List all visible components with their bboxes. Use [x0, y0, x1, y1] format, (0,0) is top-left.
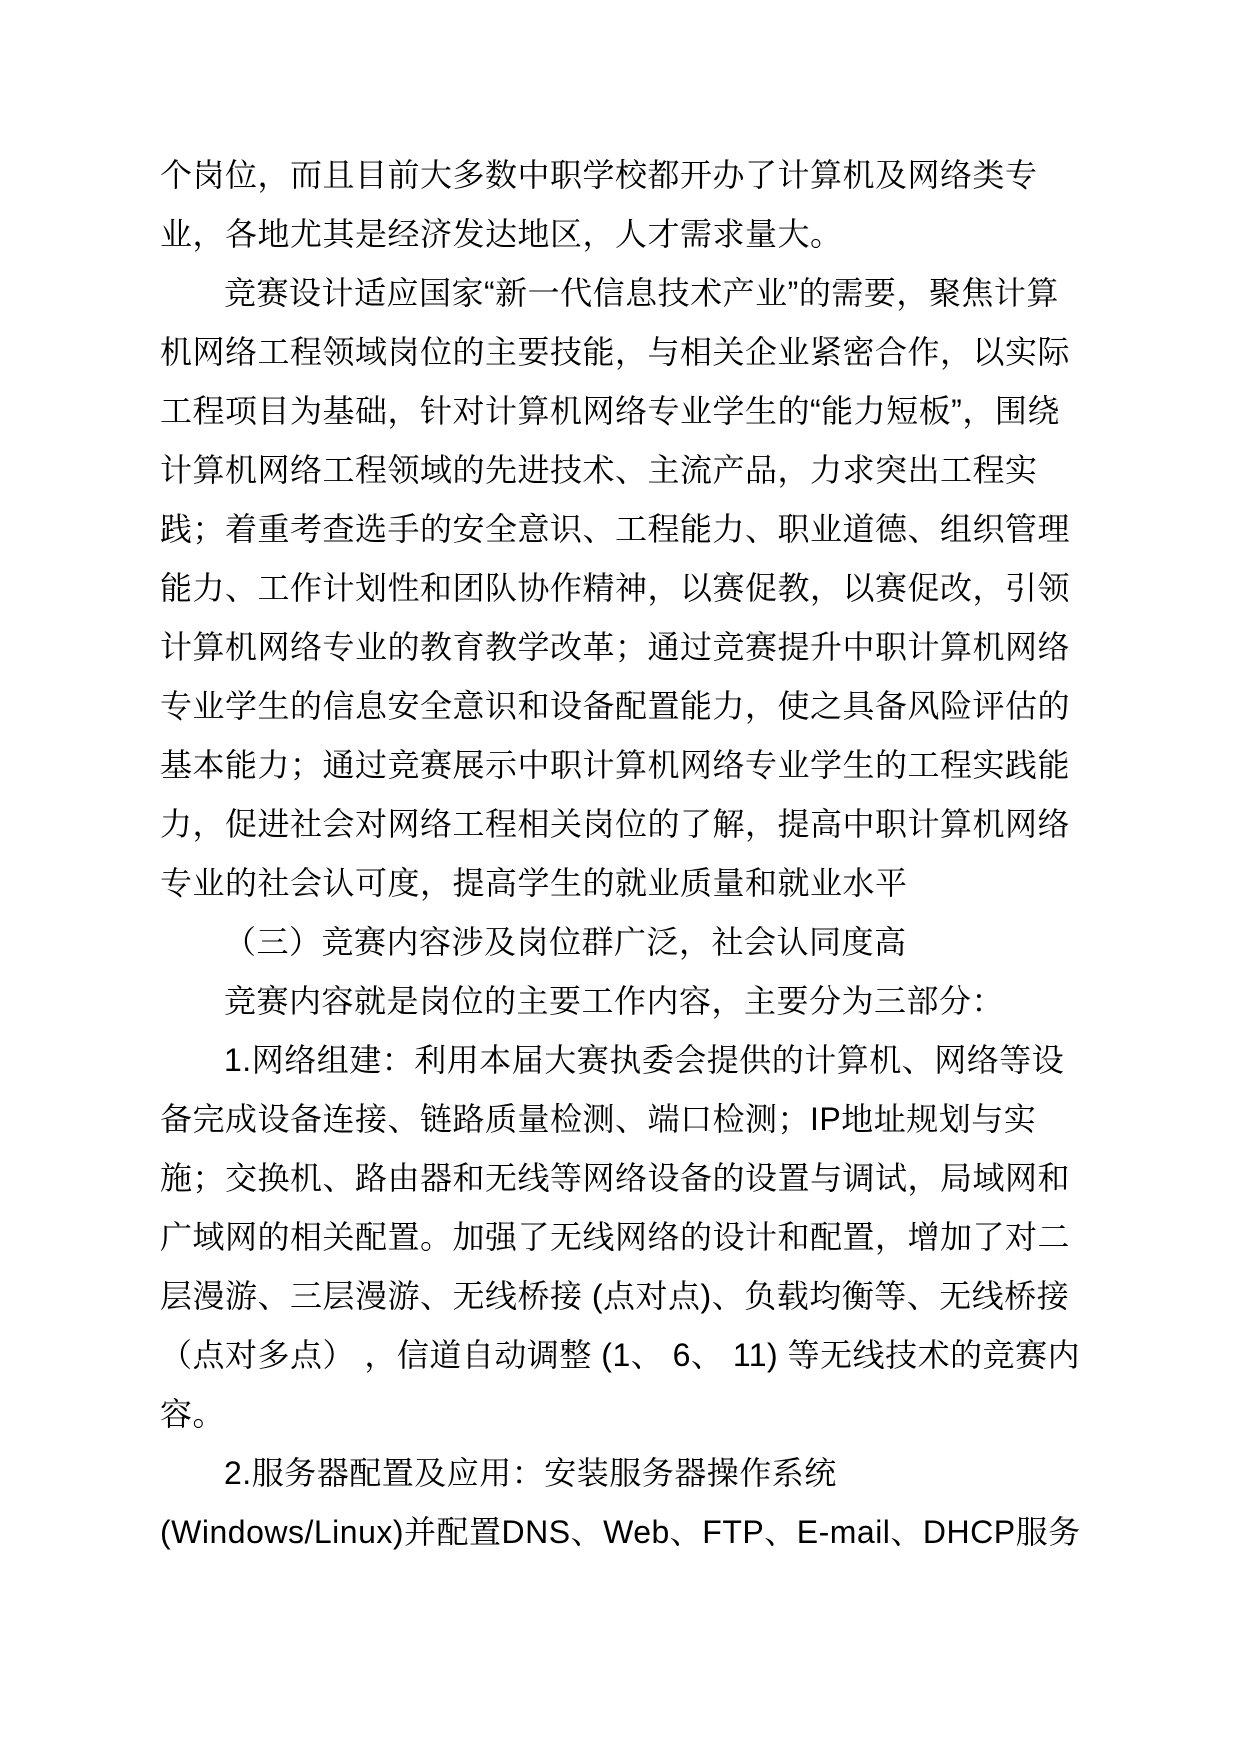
- text-line: 层漫游、三层漫游、无线桥接 (点对点)、负载均衡等、无线桥接: [160, 1267, 1085, 1326]
- text-line: 计算机网络工程领域的先进技术、主流产品，力求突出工程实: [160, 441, 1085, 500]
- text-body: 个岗位，而且目前大多数中职学校都开办了计算机及网络类专业，各地尤其是经济发达地区…: [160, 146, 1085, 1562]
- text-line: 竞赛内容就是岗位的主要工作内容，主要分为三部分：: [160, 972, 1085, 1031]
- text-line: 工程项目为基础，针对计算机网络专业学生的“能力短板”，围绕: [160, 382, 1085, 441]
- text-line: 力，促进社会对网络工程相关岗位的了解，提高中职计算机网络: [160, 795, 1085, 854]
- text-line: （点对多点） ，信道自动调整 (1、 6、 11) 等无线技术的竞赛内: [160, 1326, 1085, 1385]
- text-line: 1.网络组建：利用本届大赛执委会提供的计算机、网络等设: [160, 1031, 1085, 1090]
- text-line: 专业学生的信息安全意识和设备配置能力，使之具备风险评估的: [160, 677, 1085, 736]
- text-line: 业，各地尤其是经济发达地区，人才需求量大。: [160, 205, 1085, 264]
- text-line: 备完成设备连接、链路质量检测、端口检测；IP地址规划与实: [160, 1090, 1085, 1149]
- text-line: 容。: [160, 1385, 1085, 1444]
- text-line: 广域网的相关配置。加强了无线网络的设计和配置，增加了对二: [160, 1208, 1085, 1267]
- document-page: 个岗位，而且目前大多数中职学校都开办了计算机及网络类专业，各地尤其是经济发达地区…: [0, 0, 1241, 1754]
- text-line: (Windows/Linux)并配置DNS、Web、FTP、E-mail、DHC…: [160, 1503, 1085, 1562]
- text-line: （三）竞赛内容涉及岗位群广泛，社会认同度高: [160, 913, 1085, 972]
- text-line: 计算机网络专业的教育教学改革；通过竞赛提升中职计算机网络: [160, 618, 1085, 677]
- text-line: 专业的社会认可度，提高学生的就业质量和就业水平: [160, 854, 1085, 913]
- text-line: 2.服务器配置及应用：安装服务器操作系统: [160, 1444, 1085, 1503]
- text-line: 基本能力；通过竞赛展示中职计算机网络专业学生的工程实践能: [160, 736, 1085, 795]
- text-line: 践；着重考查选手的安全意识、工程能力、职业道德、组织管理: [160, 500, 1085, 559]
- text-line: 个岗位，而且目前大多数中职学校都开办了计算机及网络类专: [160, 146, 1085, 205]
- text-line: 竞赛设计适应国家“新一代信息技术产业”的需要，聚焦计算: [160, 264, 1085, 323]
- text-line: 施；交换机、路由器和无线等网络设备的设置与调试，局域网和: [160, 1149, 1085, 1208]
- text-line: 机网络工程领域岗位的主要技能，与相关企业紧密合作，以实际: [160, 323, 1085, 382]
- text-line: 能力、工作计划性和团队协作精神，以赛促教，以赛促改，引领: [160, 559, 1085, 618]
